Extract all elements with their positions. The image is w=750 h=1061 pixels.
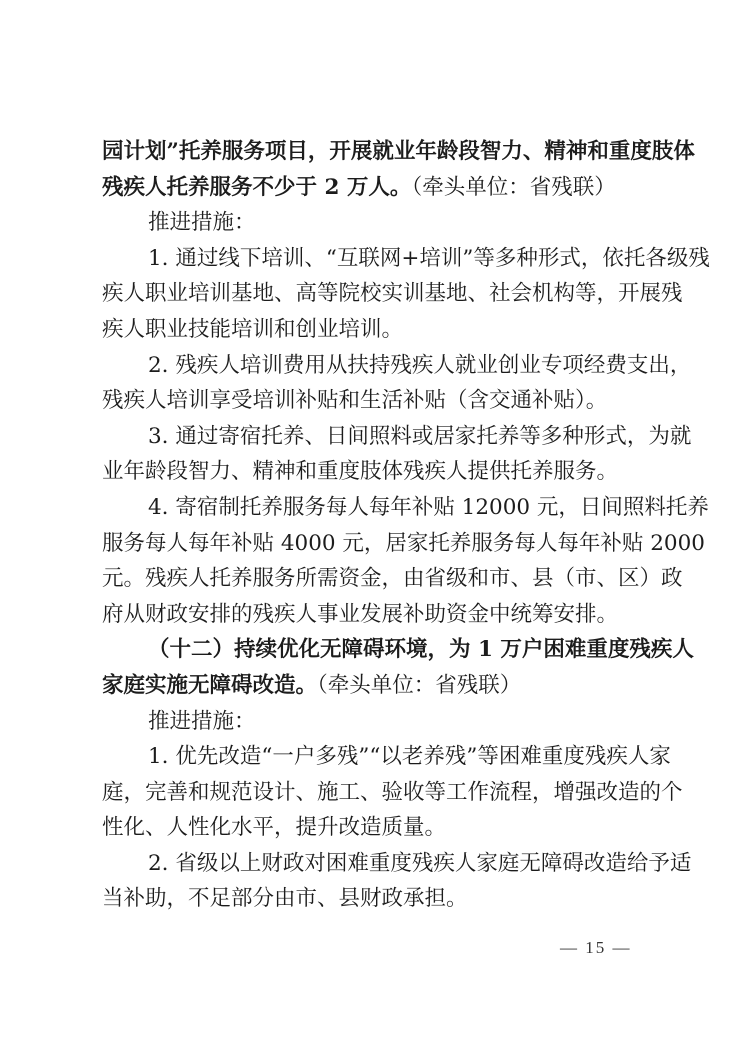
- text-segment: 残疾人培训享受培训补贴和生活补贴（含交通补贴）。: [102, 388, 607, 413]
- measure-3-line-1: 3. 通过寄宿托养、日间照料或居家托养等多种形式，为就: [102, 419, 654, 455]
- item-11-heading-line-2: 残疾人托养服务不少于 2 万人。（牵头单位：省残联）: [102, 170, 654, 206]
- text-segment: 府从财政安排的残疾人事业发展补助资金中统筹安排。: [102, 602, 618, 627]
- lead-unit: （牵头单位：省残联）: [411, 175, 615, 200]
- measure-1-line-1: 1. 优先改造“一户多残”“以老养残”等困难重度残疾人家: [102, 739, 654, 775]
- measure-1-line-2: 疾人职业培训基地、高等院校实训基地、社会机构等，开展残: [102, 276, 654, 312]
- text-segment: 服务每人每年补贴 4000 元，居家托养服务每人每年补贴 2000: [102, 531, 705, 556]
- text-segment: 4. 寄宿制托养服务每人每年补贴 12000 元，日间照料托养: [148, 495, 709, 520]
- lead-unit: （牵头单位：省残联）: [317, 673, 521, 698]
- text-segment: 推进措施：: [148, 709, 256, 734]
- text-segment: 残疾人托养服务不少于 2 万人。: [102, 175, 411, 200]
- text-segment: 元。残疾人托养服务所需资金，由省级和市、县（市、区）政: [102, 566, 683, 591]
- text-segment: 2. 省级以上财政对困难重度残疾人家庭无障碍改造给予适: [148, 851, 691, 876]
- measures-label: 推进措施：: [102, 704, 654, 740]
- measure-4-line-2: 服务每人每年补贴 4000 元，居家托养服务每人每年补贴 2000: [102, 526, 654, 562]
- page-number: — 15 —: [560, 938, 632, 958]
- measure-2-line-1: 2. 省级以上财政对困难重度残疾人家庭无障碍改造给予适: [102, 846, 654, 882]
- measure-1-line-3: 疾人职业技能培训和创业培训。: [102, 312, 654, 348]
- measure-2-line-1: 2. 残疾人培训费用从扶持残疾人就业创业专项经费支出，: [102, 348, 654, 384]
- text-segment: 1. 通过线下培训、“互联网+培训”等多种形式，依托各级残: [148, 246, 710, 271]
- measure-1-line-3: 性化、人性化水平，提升改造质量。: [102, 810, 654, 846]
- measure-4-line-1: 4. 寄宿制托养服务每人每年补贴 12000 元，日间照料托养: [102, 490, 654, 526]
- measure-1-line-2: 庭，完善和规范设计、施工、验收等工作流程，增强改造的个: [102, 775, 654, 811]
- measure-2-line-2: 当补助，不足部分由市、县财政承担。: [102, 881, 654, 917]
- text-segment: 庭，完善和规范设计、施工、验收等工作流程，增强改造的个: [102, 780, 683, 805]
- text-segment: 园计划”托养服务项目，开展就业年龄段智力、精神和重度肢体: [102, 139, 695, 164]
- item-12-heading-line-2: 家庭实施无障碍改造。（牵头单位：省残联）: [102, 668, 654, 704]
- section-heading: 家庭实施无障碍改造。: [102, 673, 317, 698]
- text-segment: 疾人职业技能培训和创业培训。: [102, 317, 403, 342]
- text-segment: 2. 残疾人培训费用从扶持残疾人就业创业专项经费支出，: [148, 353, 691, 378]
- text-segment: 3. 通过寄宿托养、日间照料或居家托养等多种形式，为就: [148, 424, 691, 449]
- text-segment: 业年龄段智力、精神和重度肢体残疾人提供托养服务。: [102, 459, 618, 484]
- text-segment: 1. 优先改造“一户多残”“以老养残”等困难重度残疾人家: [148, 744, 671, 769]
- measure-1-line-1: 1. 通过线下培训、“互联网+培训”等多种形式，依托各级残: [102, 241, 654, 277]
- measure-2-line-2: 残疾人培训享受培训补贴和生活补贴（含交通补贴）。: [102, 383, 654, 419]
- text-segment: 疾人职业培训基地、高等院校实训基地、社会机构等，开展残: [102, 281, 683, 306]
- text-segment: 当补助，不足部分由市、县财政承担。: [102, 886, 468, 911]
- measure-4-line-3: 元。残疾人托养服务所需资金，由省级和市、县（市、区）政: [102, 561, 654, 597]
- text-segment: 推进措施：: [148, 210, 256, 235]
- item-11-heading-line-1: 园计划”托养服务项目，开展就业年龄段智力、精神和重度肢体: [102, 134, 654, 170]
- section-heading: （十二）持续优化无障碍环境，为 1 万户困难重度残疾人: [148, 637, 694, 662]
- measure-4-line-4: 府从财政安排的残疾人事业发展补助资金中统筹安排。: [102, 597, 654, 633]
- document-page: 园计划”托养服务项目，开展就业年龄段智力、精神和重度肢体 残疾人托养服务不少于 …: [102, 134, 654, 917]
- item-12-heading-line-1: （十二）持续优化无障碍环境，为 1 万户困难重度残疾人: [102, 632, 654, 668]
- measures-label: 推进措施：: [102, 205, 654, 241]
- measure-3-line-2: 业年龄段智力、精神和重度肢体残疾人提供托养服务。: [102, 454, 654, 490]
- text-segment: 性化、人性化水平，提升改造质量。: [102, 815, 446, 840]
